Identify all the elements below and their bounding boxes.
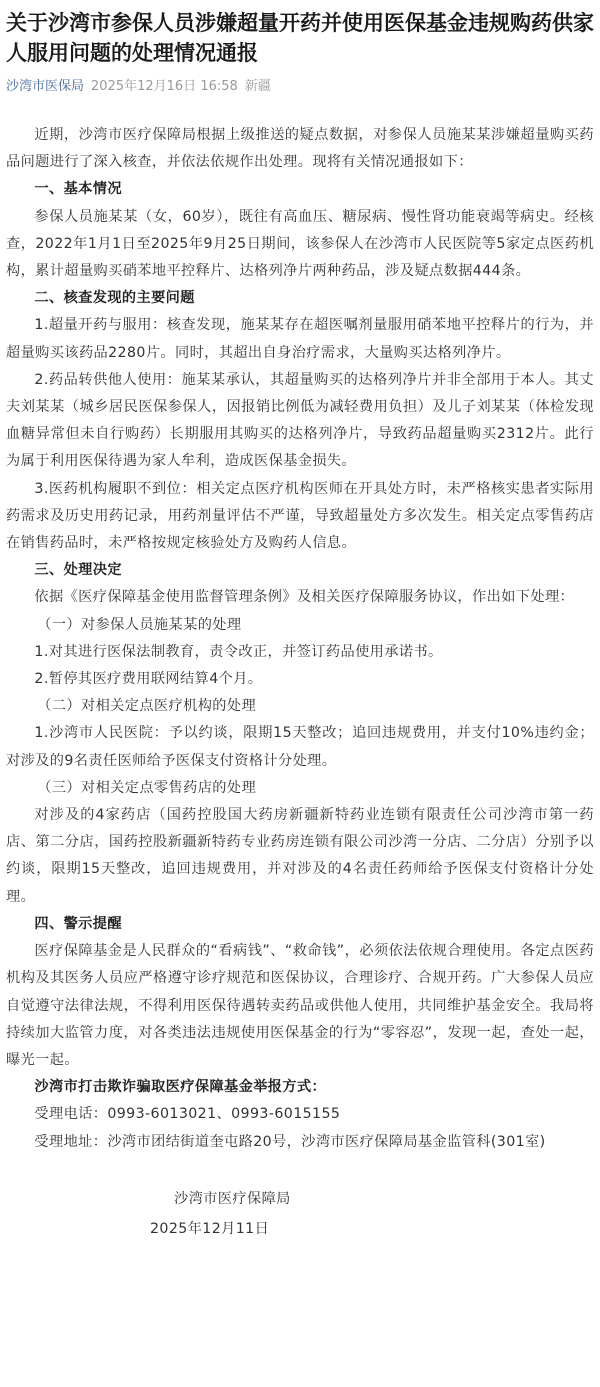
- decision-item: 2.暂停其医疗费用联网结算4个月。: [6, 666, 594, 693]
- article-title: 关于沙湾市参保人员涉嫌超量开药并使用医保基金违规购药供家人服用问题的处理情况通报: [6, 8, 594, 68]
- section-heading-basic-situation: 一、基本情况: [6, 176, 594, 203]
- decision-item: 1.对其进行医保法制教育，责令改正，并签订药品使用承诺书。: [6, 639, 594, 666]
- section-paragraph: 1.超量开药与服用：核查发现，施某某存在超医嘱剂量服用硝苯地平控释片的行为，并超…: [6, 312, 594, 366]
- report-phone: 受理电话：0993-6013021、0993-6015155: [6, 1101, 594, 1128]
- section-paragraph: 参保人员施某某（女，60岁），既往有高血压、糖尿病、慢性肾功能衰竭等病史。经核查…: [6, 204, 594, 286]
- section-heading-decision: 三、处理决定: [6, 557, 594, 584]
- subsection-heading-insured-person: （一）对参保人员施某某的处理: [6, 612, 594, 639]
- section-paragraph: 依据《医疗保障基金使用监督管理条例》及相关医疗保障服务协议，作出如下处理：: [6, 584, 594, 611]
- section-paragraph: 3.医药机构履职不到位：相关定点医疗机构医师在开具处方时，未严格核实患者实际用药…: [6, 476, 594, 558]
- article-datetime: 2025年12月16日 16:58: [91, 78, 238, 96]
- report-heading: 沙湾市打击欺诈骗取医疗保障基金举报方式：: [6, 1074, 594, 1101]
- section-paragraph: 医疗保障基金是人民群众的“看病钱”、“救命钱”，必须依法依规合理使用。各定点医药…: [6, 938, 594, 1074]
- article-location: 新疆: [245, 78, 271, 96]
- intro-paragraph: 近期，沙湾市医疗保障局根据上级推送的疑点数据，对参保人员施某某涉嫌超量购买药品问…: [6, 122, 594, 176]
- section-heading-warning: 四、警示提醒: [6, 911, 594, 938]
- decision-item: 1.沙湾市人民医院：予以约谈，限期15天整改；追回违规费用，并支付10%违约金；…: [6, 720, 594, 774]
- report-address: 受理地址：沙湾市团结街道奎屯路20号，沙湾市医疗保障局基金监管科(301室): [6, 1129, 594, 1156]
- signature-block: 沙湾市医疗保障局 2025年12月11日: [6, 1184, 594, 1244]
- subsection-heading-medical-institution: （二）对相关定点医疗机构的处理: [6, 693, 594, 720]
- article-meta: 沙湾市医保局 2025年12月16日 16:58 新疆: [6, 78, 594, 96]
- signature-org: 沙湾市医疗保障局: [6, 1184, 594, 1214]
- section-heading-main-issues: 二、核查发现的主要问题: [6, 285, 594, 312]
- section-paragraph: 2.药品转供他人使用：施某某承认，其超量购买的达格列净片并非全部用于本人。其丈夫…: [6, 367, 594, 476]
- decision-item: 对涉及的4家药店（国药控股国大药房新疆新特药业连锁有限责任公司沙湾市第一药店、第…: [6, 802, 594, 911]
- signature-date: 2025年12月11日: [6, 1214, 594, 1244]
- article: 关于沙湾市参保人员涉嫌超量开药并使用医保基金违规购药供家人服用问题的处理情况通报…: [0, 8, 600, 1244]
- subsection-heading-pharmacy: （三）对相关定点零售药店的处理: [6, 775, 594, 802]
- article-body: 近期，沙湾市医疗保障局根据上级推送的疑点数据，对参保人员施某某涉嫌超量购买药品问…: [6, 122, 594, 1244]
- article-source-link[interactable]: 沙湾市医保局: [6, 78, 84, 96]
